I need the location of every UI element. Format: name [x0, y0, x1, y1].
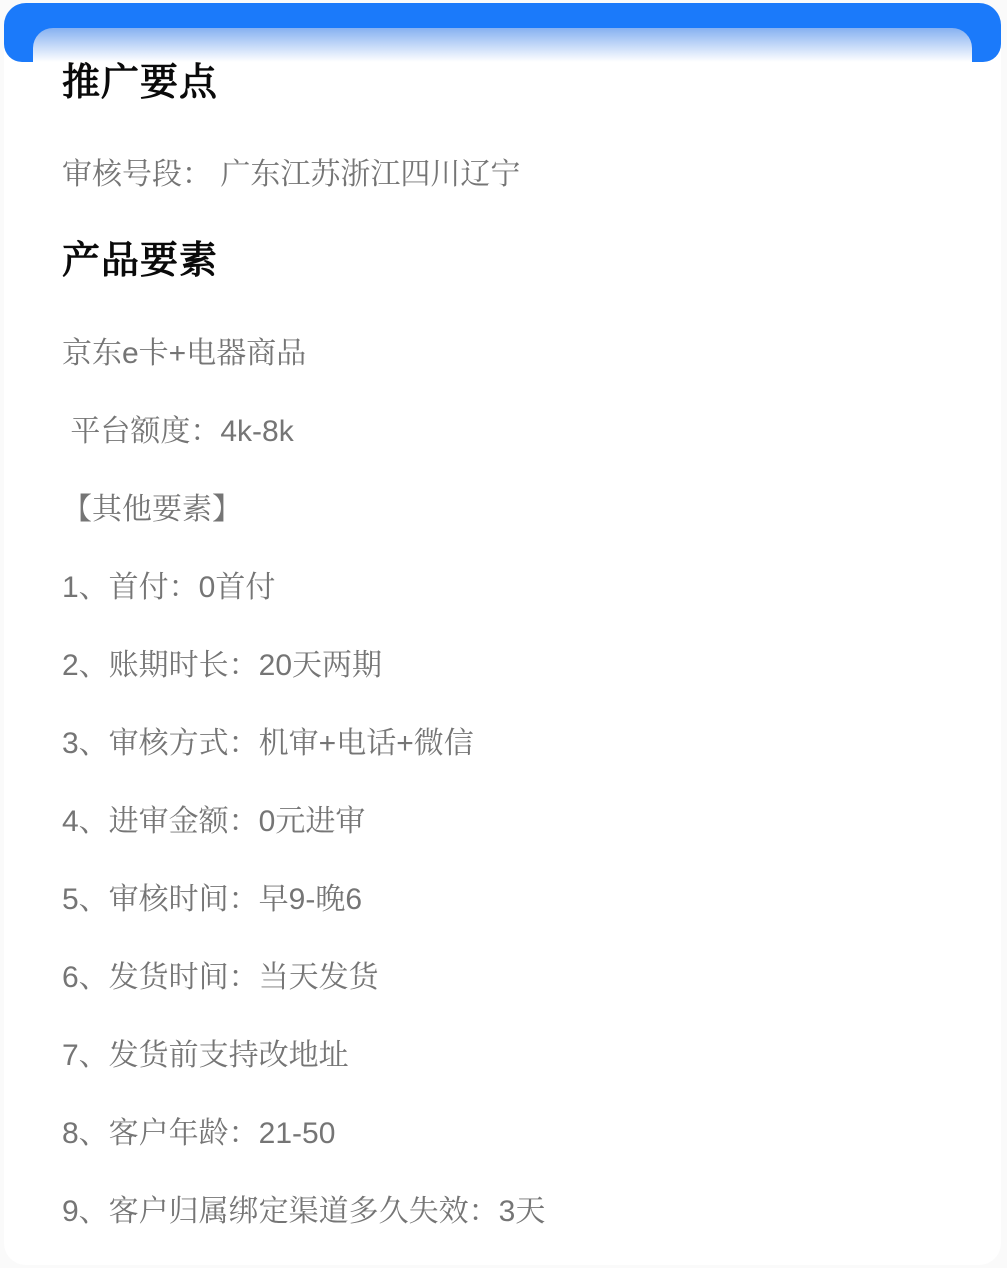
other-elements-label: 【其他要素】 [62, 491, 942, 529]
section-title-product-elements: 产品要素 [62, 241, 942, 281]
product-description-line: 京东e卡+电器商品 [62, 335, 942, 373]
list-item-review-amount: 4、进审金额：0元进审 [62, 803, 942, 841]
list-item-billing-period: 2、账期时长：20天两期 [62, 647, 942, 685]
list-item-customer-age: 8、客户年龄：21-50 [62, 1115, 942, 1153]
list-item-review-hours: 5、审核时间：早9-晚6 [62, 881, 942, 919]
review-number-segments-line: 审核号段： 广东江苏浙江四川辽宁 [62, 156, 942, 194]
info-card: 推广要点 审核号段： 广东江苏浙江四川辽宁 产品要素 京东e卡+电器商品 平台额… [33, 28, 972, 1265]
platform-quota-line: 平台额度：4k-8k [62, 413, 942, 451]
page-title-promotion-points: 推广要点 [62, 63, 942, 103]
list-item-shipping-time: 6、发货时间：当天发货 [62, 959, 942, 997]
list-item-channel-binding-expiry: 9、客户归属绑定渠道多久失效：3天 [62, 1193, 942, 1231]
list-item-address-change: 7、发货前支持改地址 [62, 1037, 942, 1075]
content-panel: 推广要点 审核号段： 广东江苏浙江四川辽宁 产品要素 京东e卡+电器商品 平台额… [4, 3, 1001, 1265]
list-item-down-payment: 1、首付：0首付 [62, 569, 942, 607]
list-item-review-method: 3、审核方式：机审+电话+微信 [62, 725, 942, 763]
